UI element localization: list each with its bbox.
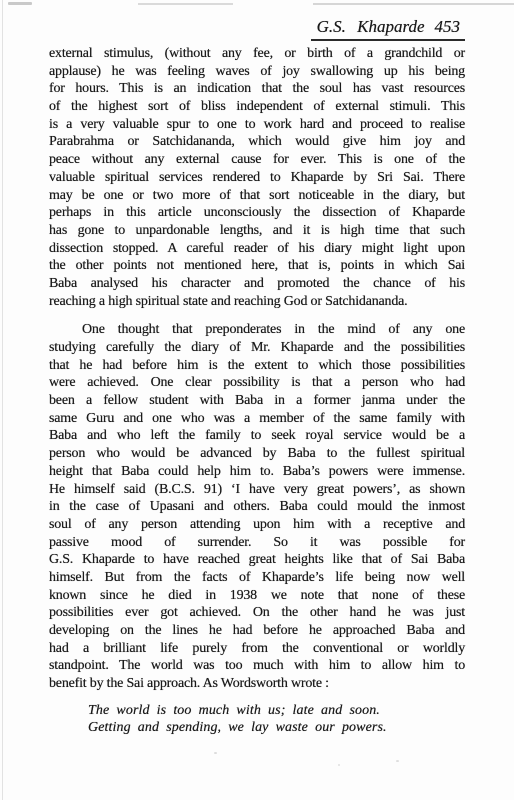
header-title: G.S. Khaparde — [317, 17, 425, 36]
text-line: been a fellow student with Baba in a for… — [49, 392, 465, 410]
text-line: is a very valuable spur to one to work h… — [49, 116, 465, 134]
text-line: that he had before him is the extent to … — [49, 357, 465, 375]
text-line: applause) he was feeling waves of joy sw… — [49, 63, 465, 81]
text-line: studying carefully the diary of Mr. Khap… — [49, 339, 465, 357]
text-line: Baba and who left the family to seek roy… — [49, 427, 465, 445]
text-line: the other points not mentioned here, tha… — [49, 257, 465, 275]
paragraph: One thought that preponderates in the mi… — [49, 321, 465, 692]
scan-edge-line — [2, 0, 3, 800]
text-line: soul of any person attending upon him wi… — [49, 516, 465, 534]
text-line: has gone to unpardonable lengths, and it… — [49, 222, 465, 240]
body-text: external stimulus, (without any fee, or … — [49, 45, 465, 737]
scan-speck — [214, 752, 217, 754]
paragraphs-container: external stimulus, (without any fee, or … — [49, 45, 465, 693]
text-line: passive mood of surrender. So it was pos… — [49, 534, 465, 552]
text-line: external stimulus, (without any fee, or … — [49, 45, 465, 63]
text-line: may be one or two more of that sort noti… — [49, 187, 465, 205]
text-line: same Guru and one who was a member of th… — [49, 410, 465, 428]
text-line: possibilities ever got achieved. On the … — [49, 604, 465, 622]
text-line: G.S. Khaparde to have reached great heig… — [49, 551, 465, 569]
text-line: reaching a high spiritual state and reac… — [49, 293, 465, 311]
text-line: One thought that preponderates in the mi… — [49, 321, 465, 339]
page-number: 453 — [435, 17, 461, 36]
poem-quote: The world is too much with us; late and … — [88, 702, 465, 737]
text-line: perhaps in this article unconsciously th… — [49, 204, 465, 222]
book-page: G.S. Khaparde453 external stimulus, (wit… — [0, 0, 514, 800]
text-line: known since he died in 1938 we note that… — [49, 587, 465, 605]
scan-artifact — [8, 2, 32, 5]
text-line: standpoint. The world was too much with … — [49, 657, 465, 675]
running-header: G.S. Khaparde453 — [311, 17, 465, 41]
quote-line: The world is too much with us; late and … — [88, 702, 465, 720]
quote-line: Getting and spending, we lay waste our p… — [88, 719, 465, 737]
text-line: developing on the lines he had before he… — [49, 622, 465, 640]
scan-artifact — [313, 3, 514, 5]
text-line: himself. But from the facts of Khaparde’… — [49, 569, 465, 587]
text-line: Parabrahma or Satchidananda, which would… — [49, 133, 465, 151]
text-line: were achieved. One clear possibility is … — [49, 374, 465, 392]
text-line: valuable spiritual services rendered to … — [49, 169, 465, 187]
paragraph: external stimulus, (without any fee, or … — [49, 45, 465, 310]
text-line: peace without any external cause for eve… — [49, 151, 465, 169]
text-line: height that Baba could help him to. Baba… — [49, 463, 465, 481]
text-line: had a brilliant life purely from the con… — [49, 640, 465, 658]
scan-speck — [396, 760, 399, 762]
text-line: of the highest sort of bliss independent… — [49, 98, 465, 116]
scan-speck — [338, 764, 340, 766]
text-line: benefit by the Sai approach. As Wordswor… — [49, 675, 465, 693]
text-line: Baba analysed his character and promoted… — [49, 275, 465, 293]
text-line: person who would be advanced by Baba to … — [49, 445, 465, 463]
text-line: for hours. This is an indication that th… — [49, 80, 465, 98]
text-line: He himself said (B.C.S. 91) ‘I have very… — [49, 481, 465, 499]
scan-artifact — [138, 3, 233, 5]
text-line: dissection stopped. A careful reader of … — [49, 240, 465, 258]
text-line: in the case of Upasani and others. Baba … — [49, 498, 465, 516]
